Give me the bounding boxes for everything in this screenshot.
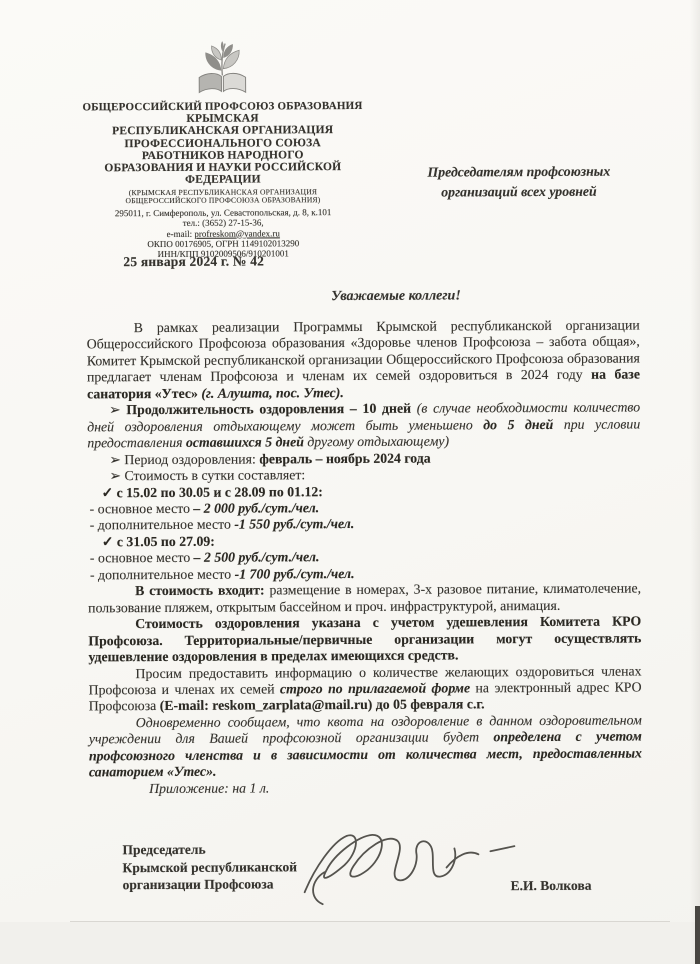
para-attachment: Приложение: на 1 л.	[89, 778, 642, 797]
letterhead: ОБЩЕРОССИЙСКИЙ ПРОФСОЮЗ ОБРАЗОВАНИЯ КРЫМ…	[56, 40, 389, 260]
letterhead-org-line: ОБРАЗОВАНИЯ И НАУКИ РОССИЙСКОЙ	[57, 161, 389, 175]
signer-name: Е.И. Волкова	[511, 878, 592, 894]
signature-scribble	[294, 821, 529, 914]
scan-below-fold	[0, 922, 700, 964]
signoff-line: Председатель	[122, 840, 297, 858]
para-quota: Одновременно сообщаем, что квота на оздо…	[89, 712, 642, 781]
letterhead-union-name: ОБЩЕРОССИЙСКИЙ ПРОФСОЮЗ ОБРАЗОВАНИЯ	[57, 100, 389, 114]
scan-fold-line	[70, 921, 670, 922]
para-request: Просим предоставить информацию о количес…	[88, 663, 641, 715]
letterhead-alt-name: ОБЩЕРОССИЙСКОГО ПРОФСОЮЗА ОБРАЗОВАНИЯ)	[57, 196, 389, 206]
para-included: В стоимость входит: размещение в номерах…	[88, 581, 641, 617]
scan-edge-shade	[690, 0, 700, 964]
signoff-line: организации Профсоюза	[123, 875, 298, 893]
para-discount: Стоимость оздоровления указана с учетом …	[88, 614, 641, 666]
para-intro: В рамках реализации Программы Крымской р…	[87, 317, 640, 402]
letterhead-email: profreskom@yandex.ru	[194, 228, 280, 238]
union-logo-icon	[191, 41, 253, 99]
signoff-line: Крымской республиканской	[122, 858, 297, 876]
salutation: Уважаемые коллеги!	[119, 287, 672, 306]
date-number-line: 25 января 2024 г. № 42	[123, 253, 264, 270]
scan-page: ОБЩЕРОССИЙСКИЙ ПРОФСОЮЗ ОБРАЗОВАНИЯ КРЫМ…	[0, 0, 700, 964]
letter-body: В рамках реализации Программы Крымской р…	[87, 317, 642, 797]
recipient-block: Председателям профсоюзных организаций вс…	[391, 161, 647, 201]
recipient-line: организаций всех уровней	[391, 181, 647, 202]
recipient-line: Председателям профсоюзных	[391, 161, 647, 182]
letterhead-org-line: ФЕДЕРАЦИИ	[57, 173, 389, 187]
email-label: e-mail:	[167, 228, 195, 238]
para-duration: ➢ Продолжительность оздоровления – 10 дн…	[87, 400, 640, 452]
signoff-title: Председатель Крымской республиканской ор…	[122, 840, 297, 893]
